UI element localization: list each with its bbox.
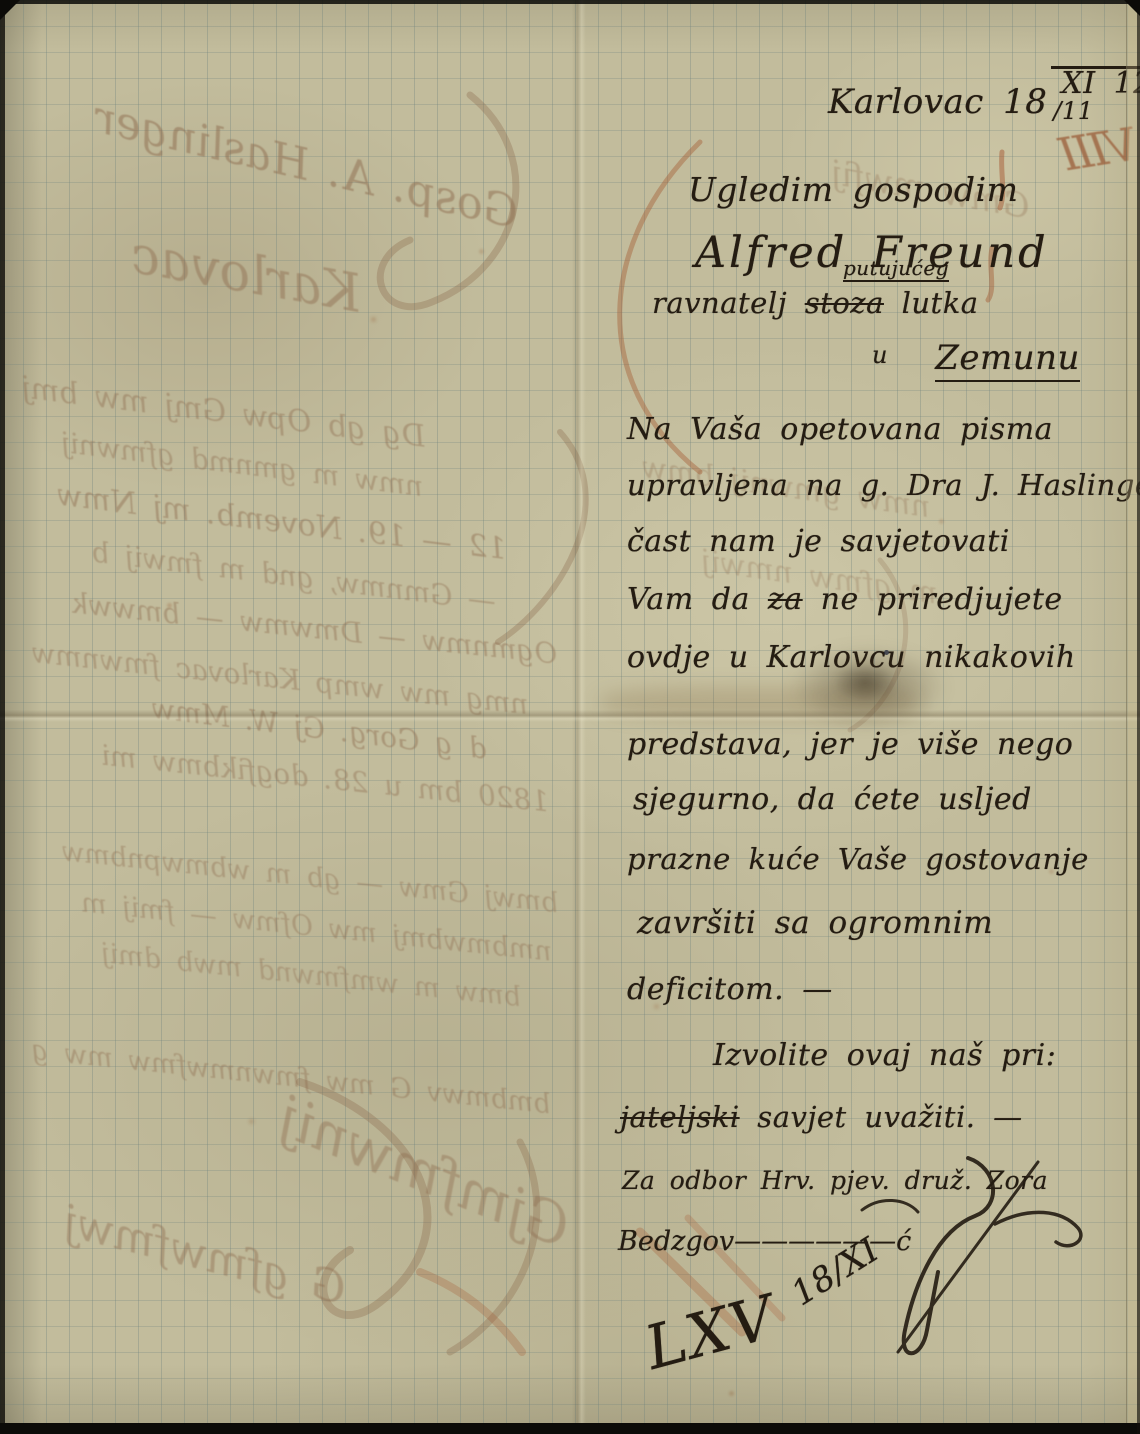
bleedthrough-line: Karlovac (127, 225, 366, 324)
struck-word: jateljski (620, 1100, 740, 1134)
red-smear (420, 1272, 522, 1352)
body-line: predstava, jer je više nego (627, 727, 1073, 762)
line-text: završiti sa ogromnim (637, 905, 993, 941)
scan-edge-left (0, 0, 5, 1434)
body-line: ovdje u Karlovcu nikakovih (627, 640, 1076, 675)
body-line: čast nam je savjetovati (627, 524, 1010, 559)
body-line: upravljena na g. Dra J. Haslingera (627, 468, 1140, 502)
scan-edge-bottom (0, 1423, 1140, 1434)
line-text: savjet uvažiti. — (740, 1100, 1023, 1134)
ink-dot (884, 650, 889, 655)
addressee-city-line: u Zemunu (872, 338, 1080, 378)
date-line: Karlovac 18XI 12/11 (828, 70, 1140, 123)
title-pre: ravnatelj (652, 286, 787, 320)
addressee-title-line: ravnatelj stoza lutka (652, 286, 979, 320)
body-line: sjegurno, da ćete usljed (633, 782, 1032, 817)
body-line: prazne kuće Vaše gostovanje (627, 842, 1089, 876)
struck-word: za (768, 582, 803, 617)
body-line: jateljski savjet uvažiti. — (620, 1100, 1023, 1134)
title-struck-word: stoza (805, 286, 884, 320)
line-text: ovdje u Karlovcu nikakovih (627, 640, 1076, 675)
line-text: ne priredjujete (803, 582, 1063, 617)
letter-page: Gosp. A. HaslingerKarlovacDg gb Opw Gmj … (0, 0, 1140, 1434)
line-text: sjegurno, da ćete usljed (633, 782, 1032, 817)
bleedthrough-line: G gfmwfmwj (58, 1196, 351, 1315)
body-line: Vam da za ne priredjujete (627, 582, 1063, 617)
scan-edge-top (0, 0, 1140, 4)
line-text: upravljena na g. Dra J. Haslingera (627, 468, 1140, 502)
inserted-word: putujućeg (843, 256, 949, 282)
line-text: predstava, jer je više nego (627, 727, 1073, 762)
salutation-line: Ugledim gospodim (688, 170, 1018, 209)
body-line: Na Vaša opetovana pisma (627, 412, 1053, 447)
line-text: deficitom. — (627, 972, 833, 1007)
line-text: Vam da (627, 582, 768, 617)
line-text: čast nam je savjetovati (627, 524, 1010, 559)
date-city-day: Karlovac 18 (828, 82, 1047, 122)
vertical-fold-crease (572, 0, 586, 1434)
body-line: završiti sa ogromnim (637, 905, 993, 941)
city-name: Zemunu (935, 338, 1080, 382)
scan-corner (1124, 0, 1140, 16)
signature-flourish (995, 1212, 1081, 1245)
city-preposition: u (872, 341, 888, 369)
bleedthrough-line: Gosp. A. Haslinger (90, 92, 523, 239)
fold-smudge (600, 686, 920, 720)
body-line: deficitom. — (627, 972, 833, 1007)
bleed-flourish (498, 432, 586, 642)
closing-line-1: Za odbor Hrv. pjev. druž. Zora (622, 1166, 1048, 1195)
signature-flourish (862, 1200, 918, 1212)
bottom-mark: LXV (638, 1282, 784, 1384)
line-text: Izvolite ovaj naš pri: (713, 1038, 1056, 1073)
title-post: lutka (902, 286, 979, 320)
body-line: Izvolite ovaj naš pri: (713, 1038, 1056, 1073)
scan-corner (0, 0, 20, 20)
line-text: prazne kuće Vaše gostovanje (627, 842, 1089, 876)
line-text: Na Vaša opetovana pisma (627, 412, 1053, 447)
